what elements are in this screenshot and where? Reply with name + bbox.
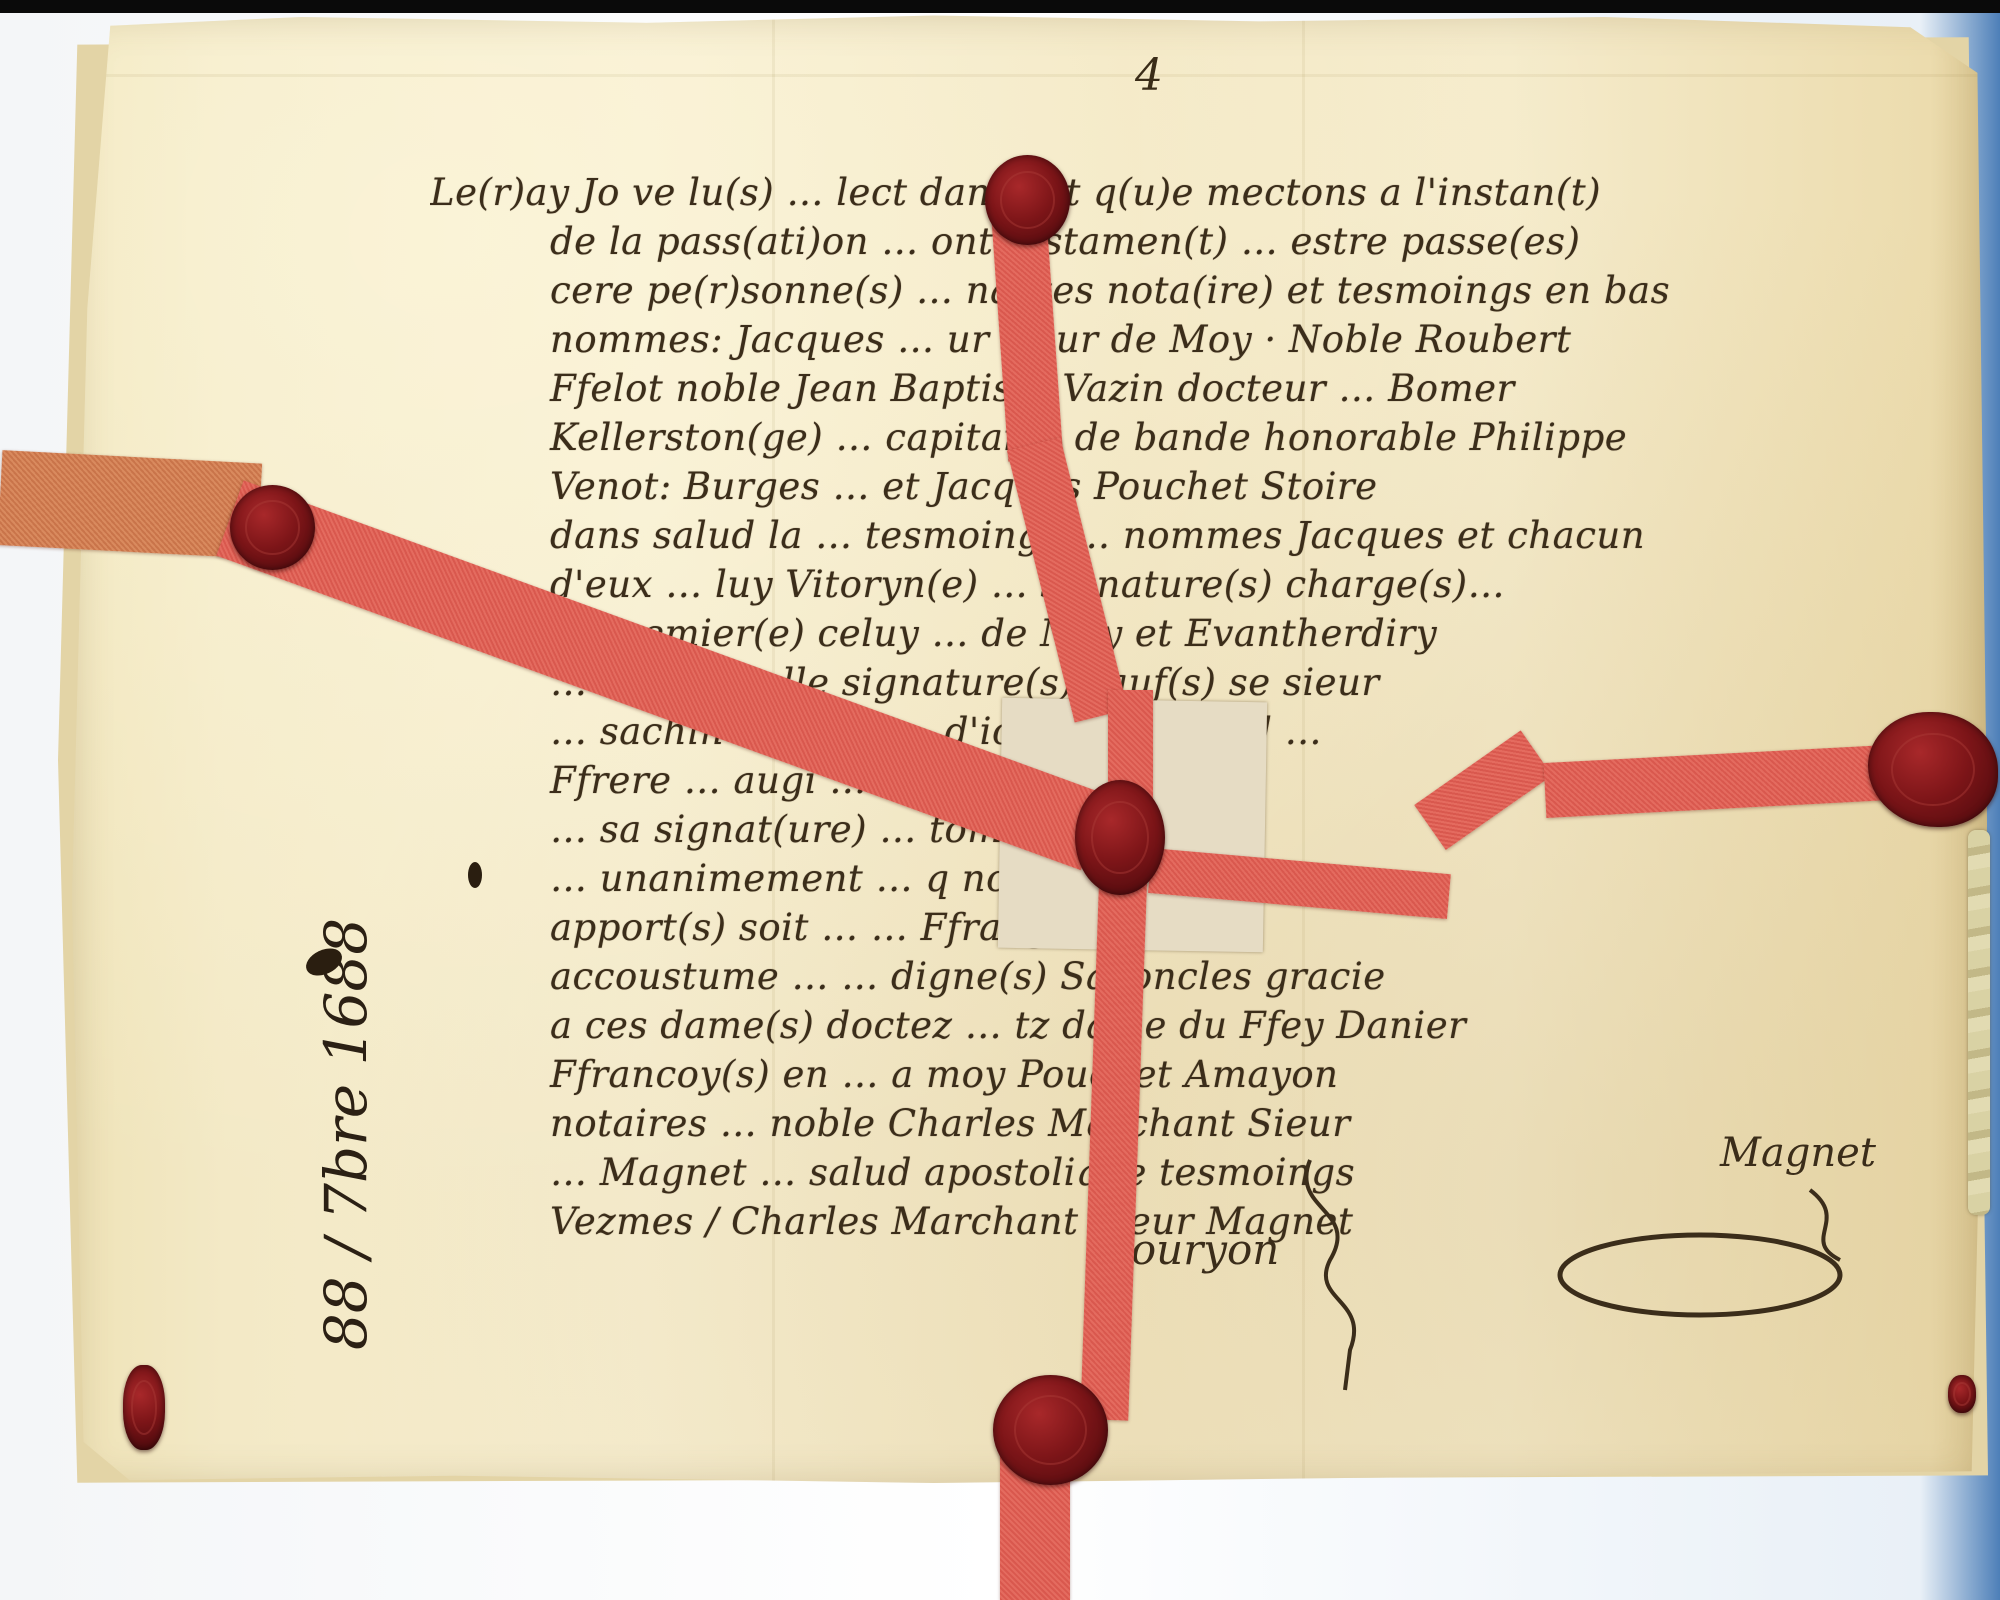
signature-flourish-icon [1270, 1150, 1430, 1400]
wax-blob-right [1948, 1375, 1976, 1413]
ink-blot [468, 862, 482, 888]
vellum-cord [1968, 830, 1990, 1215]
text-line: Le(r)ay Jo ve lu(s) … lect dan lt et q(u… [430, 168, 1960, 217]
text-line: a ces dame(s) doctez … tz dame du Ffey D… [430, 1001, 1960, 1050]
text-line: dans salud la … tesmoings … nommes Jacqu… [430, 511, 1960, 560]
page-number: 4 [1135, 50, 1163, 101]
signature-magnet: Magnet [1720, 1130, 1876, 1176]
text-line: Ffrancoy(s) en … a moy Pouchet Amayon [430, 1050, 1960, 1099]
paper-crease [72, 74, 1987, 77]
text-line: nommes: Jacques … ur sieur de Moy · Nobl… [430, 315, 1960, 364]
text-line: accoustume … … digne(s) Savoncles gracie [430, 952, 1960, 1001]
wax-seal-top [985, 155, 1070, 245]
text-line: cere pe(r)sonne(s) … nantes nota(ire) et… [430, 266, 1960, 315]
text-line: Venot: Burges … et Jacques Pouchet Stoir… [430, 462, 1960, 511]
margin-date-annotation: 88 / 7bre 1688 [312, 918, 380, 1350]
signature-paraph-icon [1550, 1180, 1880, 1330]
text-line: d'eux … luy Vitoryn(e) … signature(s) ch… [430, 560, 1960, 609]
wax-seal-left [230, 485, 315, 570]
wax-seal-center [1075, 780, 1165, 895]
text-line: Ffelot noble Jean Baptiste Vazin docteur… [430, 364, 1960, 413]
text-line: Kellerston(ge) … capitaine de bande hono… [430, 413, 1960, 462]
scanner-top-edge [0, 0, 2000, 13]
wax-blob-bottom-left [123, 1365, 165, 1450]
wax-seal-bottom [993, 1375, 1108, 1485]
text-line: de la pass(ati)on … ont testamen(t) … es… [430, 217, 1960, 266]
